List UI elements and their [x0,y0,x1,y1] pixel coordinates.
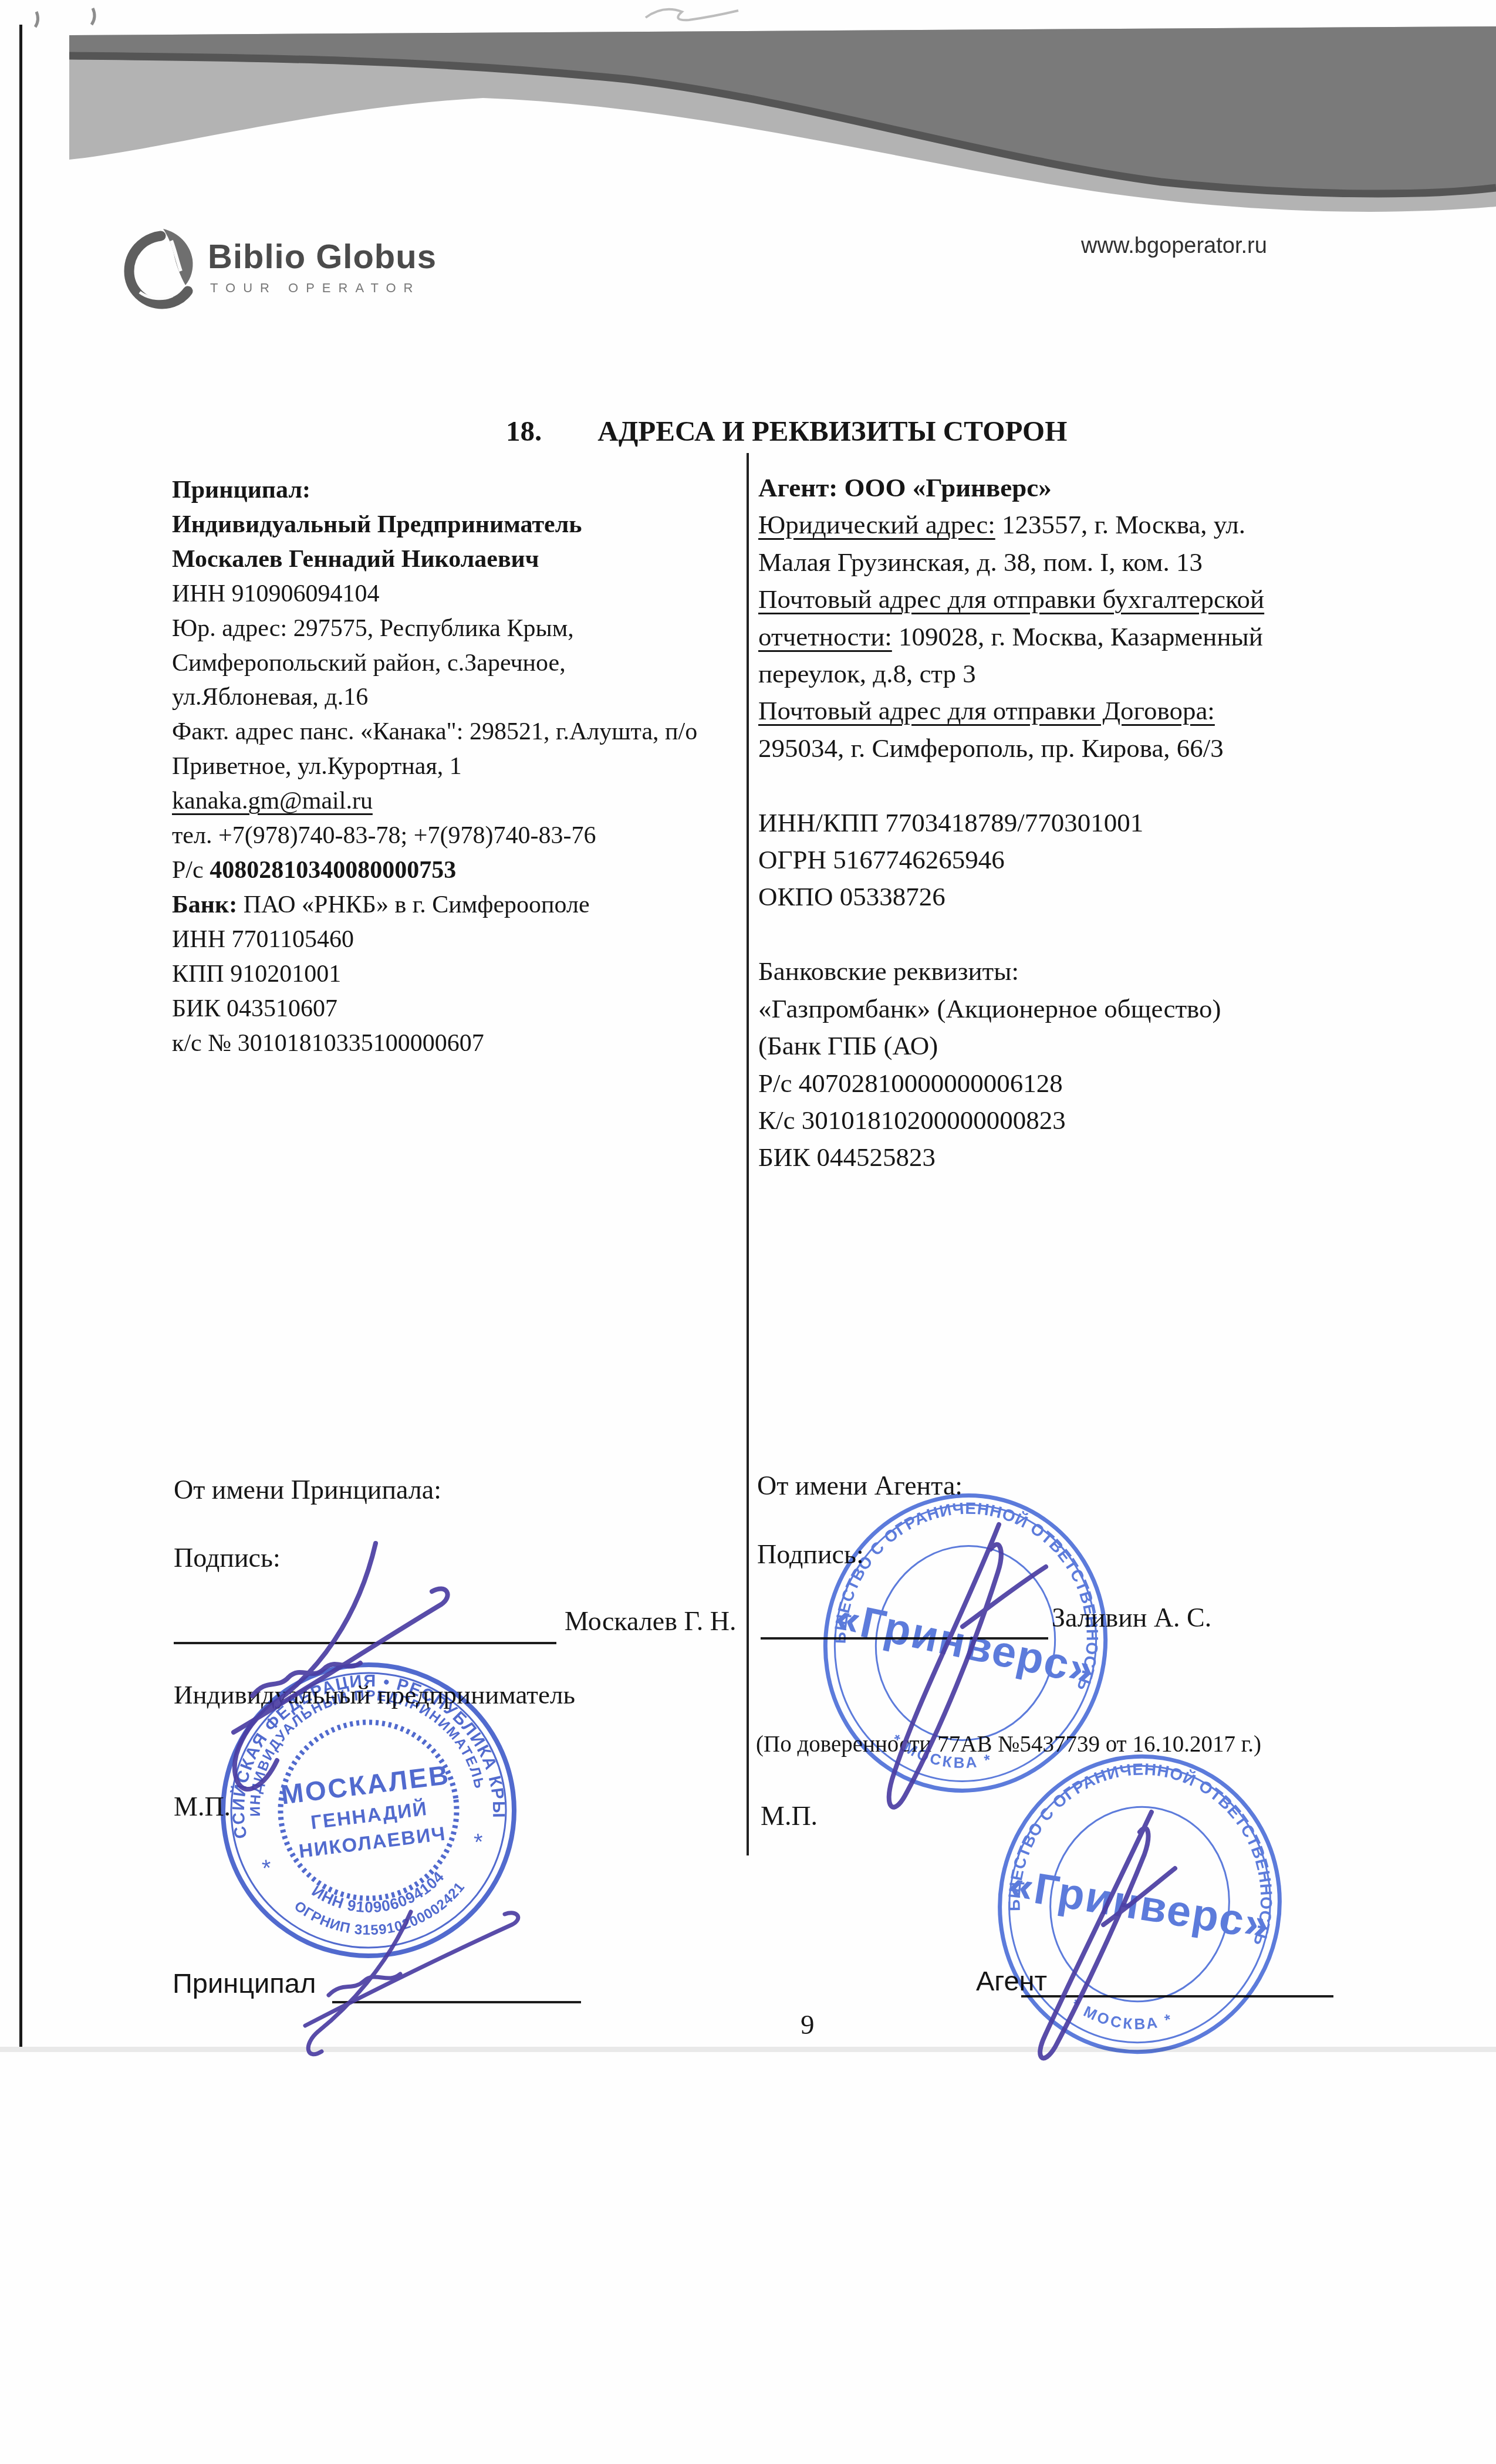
text-line: ОГРН 5167746265946 [758,841,1380,878]
text-line: ИНН 7701105460 [172,922,744,957]
svg-text:ОБЩЕСТВО С ОГРАНИЧЕННОЙ ОТВЕТС: ОБЩЕСТВО С ОГРАНИЧЕННОЙ ОТВЕТСТВЕННОСТЬЮ [828,1474,1128,1699]
agent-mp-label: М.П. [761,1800,818,1831]
left-edge-rule [19,25,22,2049]
text-line: Банк: ПАО «РНКБ» в г. Симфероополе [172,888,744,922]
agent-bottom-label: Агент [976,1965,1047,1997]
agent-signatory-name: Заливин А. С. [1052,1602,1211,1633]
scan-artifacts-top [0,0,939,47]
text-line: ИНН/КПП 7703418789/770301001 [758,805,1380,841]
stamp-ring-inn-text: ИНН 910906094104 [307,1866,451,1924]
text-line: Индивидуальный Предприниматель [172,508,744,542]
brand-name: Biblio Globus [208,237,437,276]
agent-handwritten-signature [889,1525,1046,1807]
principal-handwritten-signature [234,1543,448,1789]
text-line: переулок, д.8, стр 3 [758,655,1380,692]
text-line: kanaka.gm@mail.ru [172,784,744,819]
text-line: Принципал: [172,473,744,508]
text-line: Агент: ООО «Гринверс» [758,469,1380,506]
principal-bottom-handwritten-signature [305,1912,518,2054]
principal-signatory-name: Москалев Г. Н. [565,1606,737,1637]
text-line [758,767,1380,804]
text-line: Банковские реквизиты: [758,953,1380,990]
stamp-center-firstname: ГЕННАДИЙ [309,1797,429,1833]
column-divider-rule [747,453,749,1855]
text-line: Почтовый адрес для отправки бухгалтерско… [758,581,1380,618]
section-title: 18.АДРЕСА И РЕКВИЗИТЫ СТОРОН [506,414,1067,448]
text-line: 295034, г. Симферополь, пр. Кирова, 66/3 [758,730,1380,767]
agent-poa-note: (По доверенности 77АВ №5437739 от 16.10.… [756,1731,1261,1757]
agent-stamp-grinvers-upper: ОБЩЕСТВО С ОГРАНИЧЕННОЙ ОТВЕТСТВЕННОСТЬЮ… [798,1469,1133,1817]
stamp-ring-ogrnip-text: ОГРНИП 315910200002421 [290,1878,473,1948]
svg-text:ИНН 910906094104: ИНН 910906094104 [307,1866,451,1924]
text-line: Факт. адрес панс. «Канака": 298521, г.Ал… [172,715,744,749]
principal-signature-line [174,1642,556,1644]
principal-role-label: Индивидуальный предприниматель [174,1679,575,1710]
text-line: БИК 043510607 [172,992,744,1026]
text-line: Р/с 40702810000000006128 [758,1065,1380,1102]
text-line: Юридический адрес: 123557, г. Москва, ул… [758,506,1380,543]
text-line: КПП 910201001 [172,957,744,992]
text-line: Москалев Геннадий Николаевич [172,542,744,577]
text-line: К/с 30101810200000000823 [758,1102,1380,1139]
section-number: 18. [506,415,542,447]
agent-stamp-grinvers-lower: ОБЩЕСТВО С ОГРАНИЧЕННОЙ ОТВЕТСТВЕННОСТЬЮ… [979,1736,1301,2072]
agent-on-behalf-label: От имени Агента: [757,1470,963,1501]
agent-signature-line [761,1637,1048,1640]
principal-bottom-label: Принципал [173,1967,316,1999]
svg-text:ОГРНИП 315910200002421: ОГРНИП 315910200002421 [290,1878,473,1948]
text-line: Юр. адрес: 297575, Республика Крым, [172,611,744,646]
stamp-center-company-name: «Гринверс» [1006,1860,1274,1949]
text-line: отчетности: 109028, г. Москва, Казарменн… [758,618,1380,655]
text-line: тел. +7(978)740-83-78; +7(978)740-83-76 [172,819,744,853]
text-line: ИНН 910906094104 [172,577,744,611]
agent-requisites-column: Агент: ООО «Гринверс»Юридический адрес: … [758,469,1380,1177]
principal-mp-label: М.П. [174,1791,231,1822]
scan-artifact-strip [0,2047,1496,2052]
stamp-ring-company-type-text: ОБЩЕСТВО С ОГРАНИЧЕННОЙ ОТВЕТСТВЕННОСТЬЮ [828,1474,1128,1699]
text-line: Приветное, ул.Курортная, 1 [172,749,744,784]
agent-bottom-line [1021,1995,1333,1997]
header-banner-graphic [69,23,1496,220]
agent-signature-label: Подпись: [757,1539,864,1570]
stamp-center-surname: МОСКАЛЕВ [279,1759,452,1810]
svg-text:ОБЩЕСТВО С ОГРАНИЧЕННОЙ ОТВЕТС: ОБЩЕСТВО С ОГРАНИЧЕННОЙ ОТВЕТСТВЕННОСТЬЮ [1002,1740,1296,1953]
stamp-star-left: * [261,1855,273,1882]
stamp-star-right: * [472,1829,485,1856]
scanned-contract-page: Biblio Globus TOUR OPERATOR www.bgoperat… [0,0,1496,2464]
text-line: Р/с 40802810340080000753 [172,853,744,888]
principal-signature-label: Подпись: [174,1542,281,1573]
text-line [758,916,1380,953]
text-line: БИК 044525823 [758,1139,1380,1176]
principal-bottom-line [332,2001,581,2003]
brand-tagline: TOUR OPERATOR [210,280,420,296]
text-line: ул.Яблоневая, д.16 [172,680,744,715]
agent-bottom-handwritten-signature [1040,1812,1175,2058]
page-number: 9 [801,2009,815,2041]
stamp-center-patronymic: НИКОЛАЕВИЧ [298,1822,447,1861]
section-title-text: АДРЕСА И РЕКВИЗИТЫ СТОРОН [597,415,1067,447]
website-url: www.bgoperator.ru [1081,234,1267,259]
text-line: к/с № 30101810335100000607 [172,1026,744,1061]
stamp-ring-city-text: * МОСКВА * [1066,1994,1178,2040]
text-line: «Газпромбанк» (Акционерное общество) [758,991,1380,1027]
text-line: Малая Грузинская, д. 38, пом. I, ком. 13 [758,544,1380,581]
biblio-globus-logo-icon [122,223,204,311]
principal-requisites-column: Принципал:Индивидуальный Предприниматель… [172,473,744,1060]
stamp-ring-company-type-text: ОБЩЕСТВО С ОГРАНИЧЕННОЙ ОТВЕТСТВЕННОСТЬЮ [1002,1740,1296,1953]
svg-text:* МОСКВА *: * МОСКВА * [1066,1994,1178,2040]
text-line: Почтовый адрес для отправки Договора: [758,692,1380,729]
text-line: (Банк ГПБ (АО) [758,1027,1380,1064]
principal-on-behalf-label: От имени Принципала: [174,1474,441,1505]
text-line: ОКПО 05338726 [758,878,1380,915]
text-line: Симферопольский район, с.Заречное, [172,646,744,681]
